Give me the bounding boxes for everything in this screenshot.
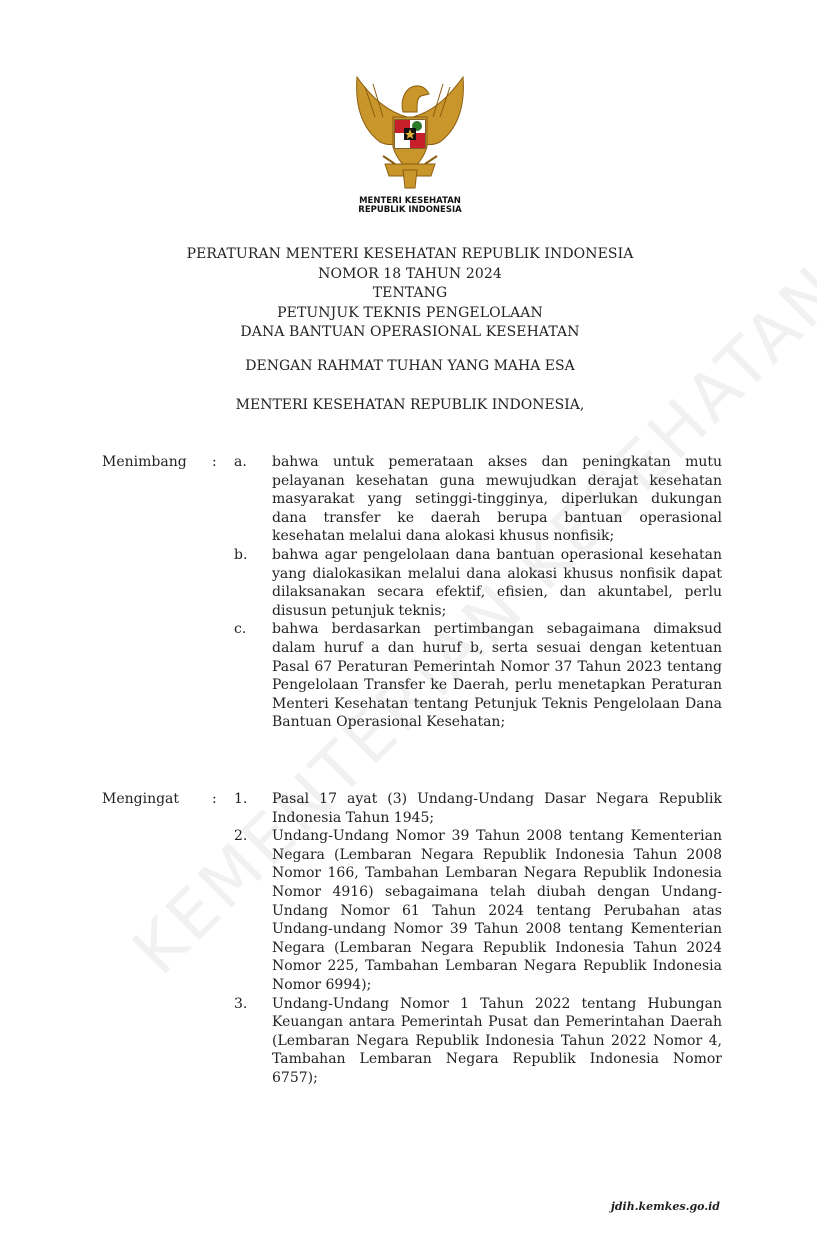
title-line: TENTANG bbox=[110, 284, 710, 304]
title-subject: PETUNJUK TEKNIS PENGELOLAAN bbox=[110, 304, 710, 324]
item-text: bahwa agar pengelolaan dana bantuan oper… bbox=[272, 546, 722, 620]
issuer: MENTERI KESEHATAN REPUBLIK INDONESIA, bbox=[110, 397, 710, 413]
section-label: Mengingat bbox=[102, 790, 212, 1088]
section-label: Menimbang bbox=[102, 453, 212, 732]
colon: : bbox=[212, 790, 234, 1088]
item-marker: a. bbox=[234, 453, 272, 546]
title-line: PERATURAN MENTERI KESEHATAN REPUBLIK IND… bbox=[110, 245, 710, 265]
mengingat-item: 3.Undang-Undang Nomor 1 Tahun 2022 tenta… bbox=[234, 995, 722, 1088]
mengingat-section: Mengingat : 1.Pasal 17 ayat (3) Undang-U… bbox=[102, 790, 722, 1088]
item-text: bahwa berdasarkan pertimbangan sebagaima… bbox=[272, 620, 722, 732]
mengingat-item: 1.Pasal 17 ayat (3) Undang-Undang Dasar … bbox=[234, 790, 722, 827]
footer-url[interactable]: jdih.kemkes.go.id bbox=[611, 1200, 720, 1213]
garuda-emblem-icon bbox=[345, 72, 475, 192]
menimbang-item: b.bahwa agar pengelolaan dana bantuan op… bbox=[234, 546, 722, 620]
item-marker: 3. bbox=[234, 995, 272, 1088]
menimbang-item: c.bahwa berdasarkan pertimbangan sebagai… bbox=[234, 620, 722, 732]
item-marker: b. bbox=[234, 546, 272, 620]
emblem-caption: MENTERI KESEHATAN REPUBLIK INDONESIA bbox=[340, 197, 480, 215]
item-marker: 2. bbox=[234, 827, 272, 994]
item-marker: c. bbox=[234, 620, 272, 732]
item-text: Pasal 17 ayat (3) Undang-Undang Dasar Ne… bbox=[272, 790, 722, 827]
emblem-caption-line2: REPUBLIK INDONESIA bbox=[340, 206, 480, 215]
regulation-title: PERATURAN MENTERI KESEHATAN REPUBLIK IND… bbox=[110, 245, 710, 343]
mengingat-item: 2.Undang-Undang Nomor 39 Tahun 2008 tent… bbox=[234, 827, 722, 994]
menimbang-item: a.bahwa untuk pemerataan akses dan penin… bbox=[234, 453, 722, 546]
item-text: Undang-Undang Nomor 1 Tahun 2022 tentang… bbox=[272, 995, 722, 1088]
title-number: NOMOR 18 TAHUN 2024 bbox=[110, 265, 710, 285]
title-subject: DANA BANTUAN OPERASIONAL KESEHATAN bbox=[110, 323, 710, 343]
colon: : bbox=[212, 453, 234, 732]
item-text: bahwa untuk pemerataan akses dan peningk… bbox=[272, 453, 722, 546]
item-marker: 1. bbox=[234, 790, 272, 827]
item-text: Undang-Undang Nomor 39 Tahun 2008 tentan… bbox=[272, 827, 722, 994]
menimbang-section: Menimbang : a.bahwa untuk pemerataan aks… bbox=[102, 453, 722, 732]
invocation: DENGAN RAHMAT TUHAN YANG MAHA ESA bbox=[110, 358, 710, 374]
